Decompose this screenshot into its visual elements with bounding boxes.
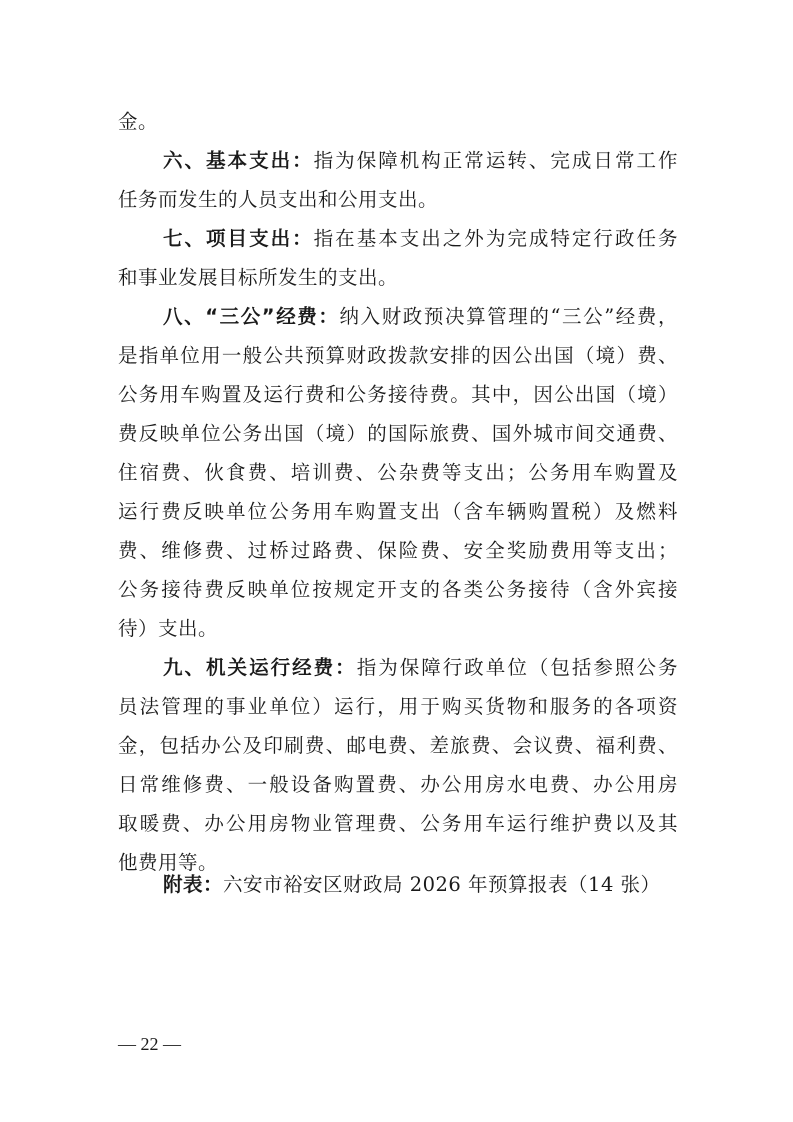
text-line: 费、维修费、过桥过路费、保险费、安全奖励费用等支出； bbox=[118, 536, 678, 566]
page-number: — 22 — bbox=[118, 1032, 181, 1056]
line-text: 任务而发生的人员支出和公用支出。 bbox=[118, 188, 438, 211]
document-page: 金。 六、基本支出：指为保障机构正常运转、完成日常工作 任务而发生的人员支出和公… bbox=[0, 0, 793, 1122]
text-line: 运行费反映单位公务用车购置支出（含车辆购置税）及燃料 bbox=[118, 497, 678, 527]
section-heading: 七、项目支出： bbox=[163, 227, 314, 250]
line-text: 指为保障机构正常运转、完成日常工作 bbox=[314, 149, 678, 172]
attachment-text: 六安市裕安区财政局 2026 年预算报表（14 张） bbox=[223, 873, 661, 896]
text-line: 取暖费、办公用房物业管理费、公务用车运行维护费以及其 bbox=[118, 809, 678, 839]
text-line: 任务而发生的人员支出和公用支出。 bbox=[118, 185, 678, 215]
section-heading: 六、基本支出： bbox=[163, 149, 314, 172]
section-heading: 八、“三公”经费： bbox=[163, 305, 340, 328]
text-line: 住宿费、伙食费、培训费、公杂费等支出；公务用车购置及 bbox=[118, 458, 678, 488]
attachment-label: 附表： bbox=[163, 873, 223, 896]
line-text: 金。 bbox=[118, 110, 158, 133]
line-text: 费反映单位公务出国（境）的国际旅费、国外城市间交通费、 bbox=[118, 422, 678, 445]
line-text: 是指单位用一般公共预算财政拨款安排的因公出国（境）费、 bbox=[118, 344, 678, 367]
section-project-expenditure: 七、项目支出：指在基本支出之外为完成特定行政任务 bbox=[163, 224, 678, 254]
attachment-note: 附表：六安市裕安区财政局 2026 年预算报表（14 张） bbox=[163, 870, 661, 900]
text-line: 金，包括办公及印刷费、邮电费、差旅费、会议费、福利费、 bbox=[118, 731, 678, 761]
section-three-public-expenses: 八、“三公”经费：纳入财政预决算管理的“三公”经费， bbox=[163, 302, 678, 332]
text-line: 和事业发展目标所发生的支出。 bbox=[118, 263, 678, 293]
line-text: 公务用车购置及运行费和公务接待费。其中，因公出国（境） bbox=[118, 383, 678, 406]
line-text: 指在基本支出之外为完成特定行政任务 bbox=[314, 227, 678, 250]
line-text: 取暖费、办公用房物业管理费、公务用车运行维护费以及其 bbox=[118, 812, 678, 835]
line-text: 费、维修费、过桥过路费、保险费、安全奖励费用等支出； bbox=[118, 539, 678, 562]
line-text: 和事业发展目标所发生的支出。 bbox=[118, 266, 398, 289]
line-text: 运行费反映单位公务用车购置支出（含车辆购置税）及燃料 bbox=[118, 500, 678, 523]
line-text: 金，包括办公及印刷费、邮电费、差旅费、会议费、福利费、 bbox=[118, 734, 678, 757]
text-line: 日常维修费、一般设备购置费、办公用房水电费、办公用房 bbox=[118, 770, 678, 800]
section-heading: 九、机关运行经费： bbox=[163, 656, 357, 679]
line-text: 公务接待费反映单位按规定开支的各类公务接待（含外宾接 bbox=[118, 578, 678, 601]
text-line: 公务用车购置及运行费和公务接待费。其中，因公出国（境） bbox=[118, 380, 678, 410]
line-text: 员法管理的事业单位）运行，用于购买货物和服务的各项资 bbox=[118, 695, 678, 718]
line-text: 日常维修费、一般设备购置费、办公用房水电费、办公用房 bbox=[118, 773, 678, 796]
text-line: 是指单位用一般公共预算财政拨款安排的因公出国（境）费、 bbox=[118, 341, 678, 371]
section-agency-operating-expenses: 九、机关运行经费：指为保障行政单位（包括参照公务 bbox=[163, 653, 678, 683]
section-basic-expenditure: 六、基本支出：指为保障机构正常运转、完成日常工作 bbox=[163, 146, 678, 176]
line-text: 住宿费、伙食费、培训费、公杂费等支出；公务用车购置及 bbox=[118, 461, 678, 484]
line-text: 指为保障行政单位（包括参照公务 bbox=[357, 656, 678, 679]
text-line: 金。 bbox=[118, 107, 678, 137]
line-text: 待）支出。 bbox=[118, 617, 218, 640]
line-text: 纳入财政预决算管理的“三公”经费， bbox=[340, 305, 678, 328]
text-line: 公务接待费反映单位按规定开支的各类公务接待（含外宾接 bbox=[118, 575, 678, 605]
text-line: 待）支出。 bbox=[118, 614, 678, 644]
text-line: 费反映单位公务出国（境）的国际旅费、国外城市间交通费、 bbox=[118, 419, 678, 449]
text-line: 员法管理的事业单位）运行，用于购买货物和服务的各项资 bbox=[118, 692, 678, 722]
